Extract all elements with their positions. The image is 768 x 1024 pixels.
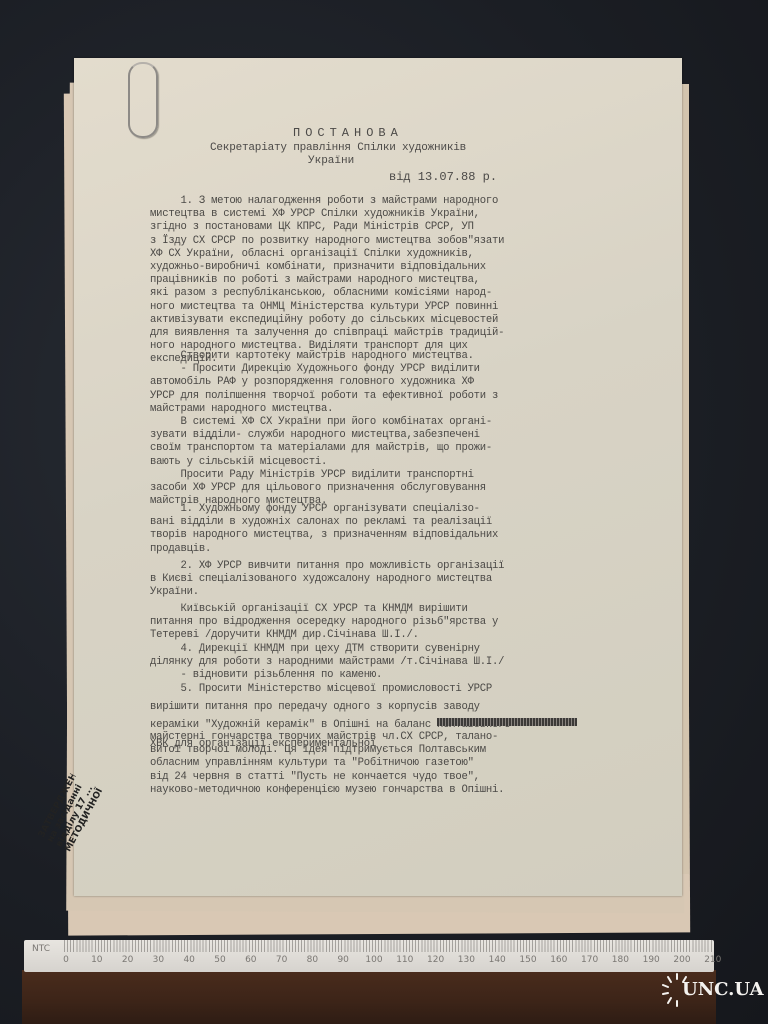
paragraph-2: Створити картотеку майстрів народного ми…	[150, 350, 610, 508]
paragraph-5: Київській організації СХ УРСР та КНМДМ в…	[150, 603, 610, 643]
paragraph-3: 1. Художньому фонду УРСР організувати сп…	[150, 503, 610, 556]
ruler: NTC 010203040506070809010011012013014015…	[24, 940, 714, 972]
document-title: ПОСТАНОВА	[293, 126, 403, 140]
ruler-label: 100	[365, 955, 382, 965]
ruler-label: 90	[337, 955, 348, 965]
ruler-label: 80	[307, 955, 318, 965]
paper-clip-icon	[128, 62, 158, 138]
ruler-label: 130	[458, 955, 475, 965]
ruler-ticks	[64, 940, 712, 952]
ruler-label: 190	[643, 955, 660, 965]
struck-out-text	[437, 718, 577, 726]
ruler-brand: NTC	[32, 944, 50, 954]
ruler-label: 180	[612, 955, 629, 965]
ruler-label: 40	[183, 955, 194, 965]
watermark: UNC.UA	[682, 979, 764, 1000]
ruler-label: 160	[550, 955, 567, 965]
ruler-label: 140	[489, 955, 506, 965]
ruler-label: 150	[519, 955, 536, 965]
ruler-label: 20	[122, 955, 133, 965]
ruler-label: 120	[427, 955, 444, 965]
ruler-label: 70	[276, 955, 287, 965]
ruler-label: 50	[214, 955, 225, 965]
ruler-label: 110	[396, 955, 413, 965]
ruler-label: 170	[581, 955, 598, 965]
document-subtitle: Секретаріату правління Спілки художників	[210, 142, 466, 154]
document-subtitle-line2: України	[308, 155, 354, 167]
ruler-label: 0	[63, 955, 69, 965]
ruler-label: 10	[91, 955, 102, 965]
ruler-label: 200	[673, 955, 690, 965]
ruler-label: 210	[704, 955, 721, 965]
paragraph-8: майстерні гончарства творчих майстрів чл…	[150, 731, 610, 797]
paragraph-1: 1. З метою налагодження роботи з майстра…	[150, 195, 610, 367]
ruler-label: 30	[153, 955, 164, 965]
wooden-base	[22, 970, 716, 1024]
document-date: від 13.07.88 р.	[389, 170, 497, 184]
paragraph-6: 4. Дирекції КНМДМ при цеху ДТМ створити …	[150, 643, 610, 683]
paragraph-4: 2. ХФ УРСР вивчити питання про можливіст…	[150, 560, 610, 600]
ruler-label: 60	[245, 955, 256, 965]
